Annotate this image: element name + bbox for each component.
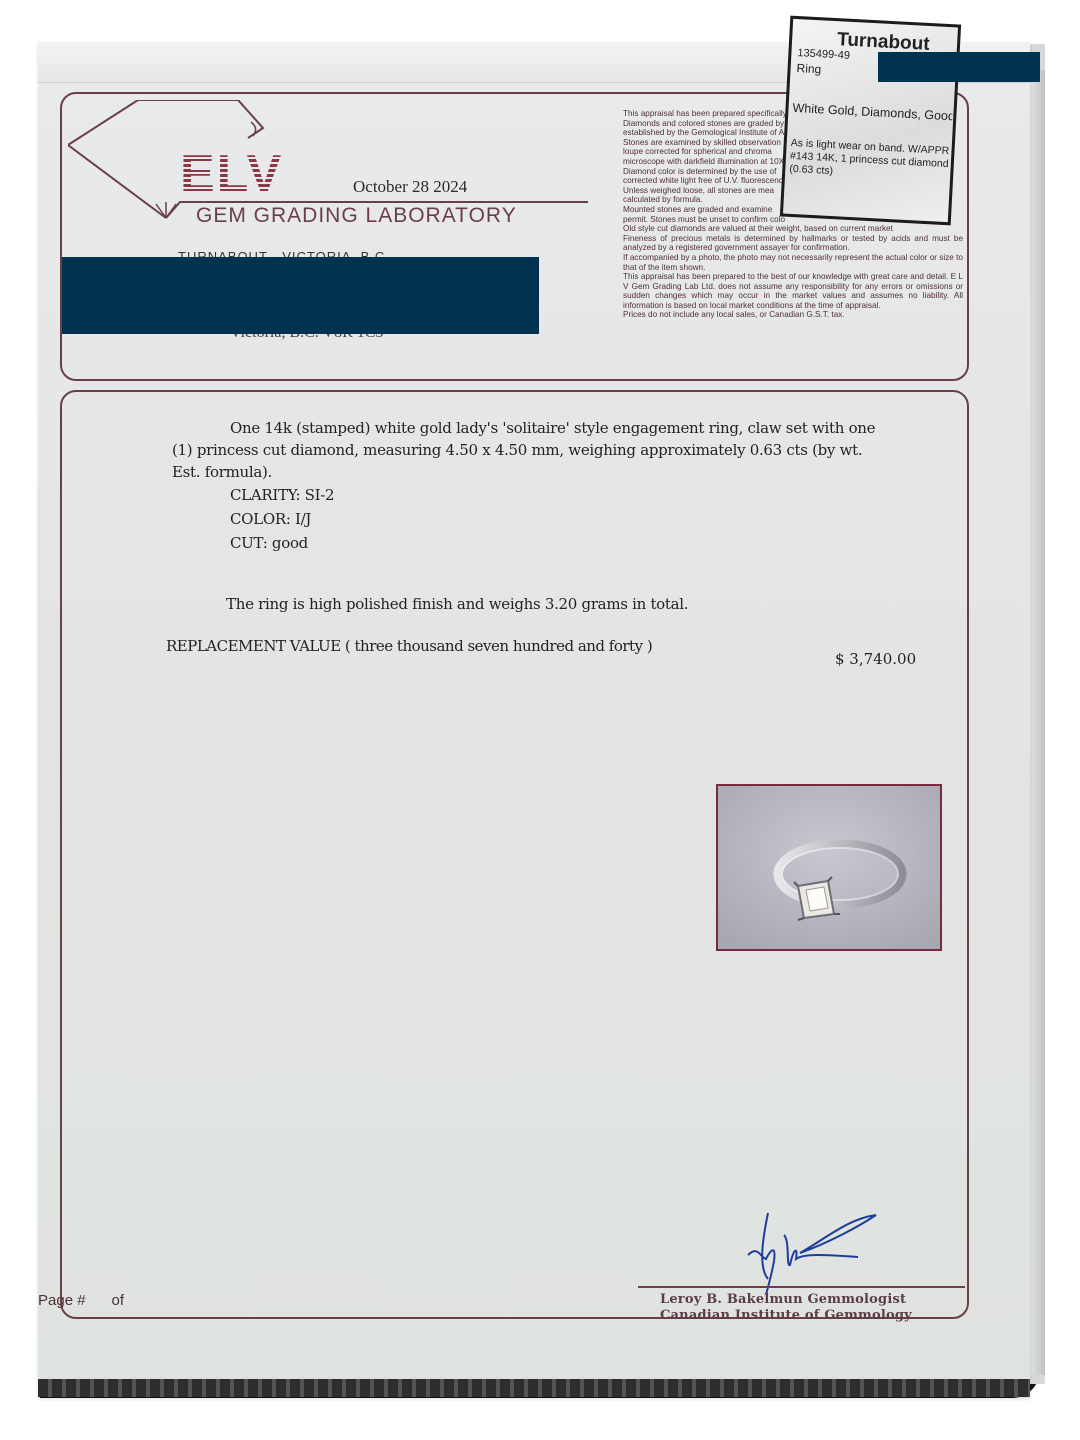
page-number-field: Page #of [38,1292,150,1309]
disclaimer-line: Fineness of precious metals is determine… [623,234,963,253]
page-label: Page # [38,1292,86,1309]
color-grade: COLOR: I/J [172,507,877,531]
clarity-grade: CLARITY: SI-2 [172,483,877,507]
elv-logo: ELV [180,144,283,204]
lab-name: GEM GRADING LABORATORY [196,204,517,228]
disclaimer-line: Prices do not include any local sales, o… [623,310,963,320]
description-text: One 14k (stamped) white gold lady's 'sol… [172,419,875,481]
signature-icon [738,1207,888,1297]
disclaimer-line: If accompanied by a photo, the photo may… [623,253,963,272]
signer-institute: Canadian Institute of Gemmology [660,1308,912,1324]
ring-image-icon [718,786,940,949]
binder-spine-strip [38,1379,1030,1397]
replacement-value-label: REPLACEMENT VALUE ( three thousand seven… [166,637,652,655]
tag-sku: 135499-49 [797,47,850,62]
of-label: of [112,1292,125,1309]
signature-line [638,1286,965,1288]
tag-description: White Gold, Diamonds, Good [792,101,953,123]
disclaimer-line: This appraisal has been prepared to the … [623,272,963,310]
cut-grade: CUT: good [172,531,877,555]
appraisal-date: October 28 2024 [353,177,467,197]
price-tag: Turnabout 135499-49 Ring White Gold, Dia… [780,16,961,226]
replacement-value-amount: $ 3,740.00 [835,650,916,668]
finish-weight-note: The ring is high polished finish and wei… [226,595,688,613]
gemmologist-credentials: Leroy B. Bakelmun Gemmologist Canadian I… [660,1292,912,1324]
item-description: One 14k (stamped) white gold lady's 'sol… [172,417,877,555]
tag-notes: As is light wear on band. W/APPR #143 14… [789,137,951,184]
redaction-block-address [62,257,539,334]
tag-item-type: Ring [796,61,821,76]
ring-photo [716,784,942,951]
redaction-block-tag [878,52,1040,82]
disclaimer-line: Old style cut diamonds are valued at the… [623,224,963,234]
signer-name: Leroy B. Bakelmun Gemmologist [660,1292,912,1308]
appraisal-page: ELV October 28 2024 GEM GRADING LABORATO… [38,42,1030,1397]
